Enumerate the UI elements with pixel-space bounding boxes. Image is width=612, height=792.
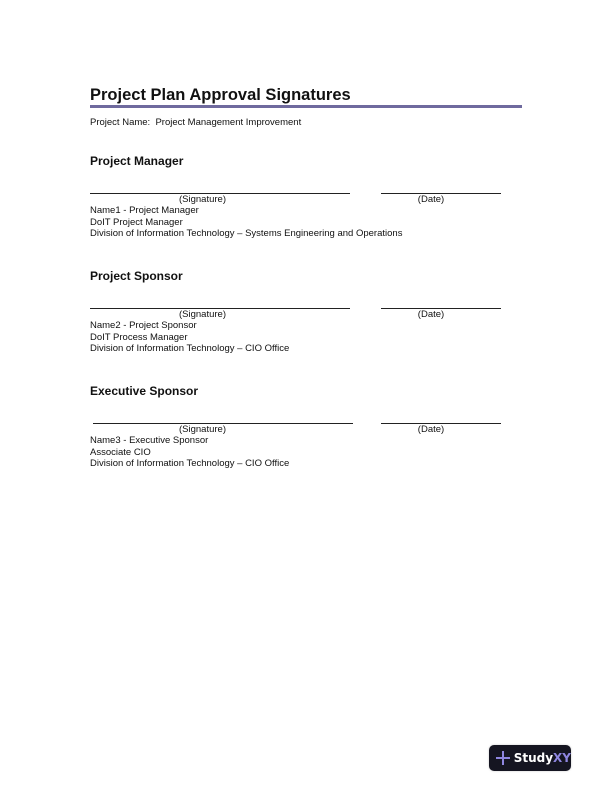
- brand-accent: XY: [553, 751, 571, 765]
- date-caption: (Date): [381, 194, 481, 205]
- signature-caption: (Signature): [90, 309, 315, 320]
- date-caption: (Date): [381, 309, 481, 320]
- signer-name: Name3 - Executive Sponsor: [90, 435, 289, 447]
- section-heading: Project Manager: [90, 154, 183, 168]
- signer-name: Name1 - Project Manager: [90, 205, 402, 217]
- project-name: Project Name: Project Management Improve…: [90, 117, 301, 129]
- signer-division: Division of Information Technology – CIO…: [90, 458, 289, 470]
- plus-icon: [496, 751, 509, 765]
- signature-caption: (Signature): [90, 424, 315, 435]
- section-heading: Project Sponsor: [90, 269, 183, 283]
- section-heading: Executive Sponsor: [90, 384, 198, 398]
- signer-title: Associate CIO: [90, 447, 289, 459]
- signer-title: DoIT Project Manager: [90, 217, 402, 229]
- date-caption: (Date): [381, 424, 481, 435]
- signer-division: Division of Information Technology – Sys…: [90, 228, 402, 240]
- signer-info: Name1 - Project Manager DoIT Project Man…: [90, 205, 402, 240]
- signer-name: Name2 - Project Sponsor: [90, 320, 289, 332]
- signer-info: Name3 - Executive Sponsor Associate CIO …: [90, 435, 289, 470]
- project-name-label: Project Name:: [90, 117, 150, 128]
- page-title: Project Plan Approval Signatures: [90, 85, 522, 108]
- signature-caption: (Signature): [90, 194, 315, 205]
- signer-info: Name2 - Project Sponsor DoIT Process Man…: [90, 320, 289, 355]
- studyxy-watermark-badge[interactable]: StudyXY: [489, 745, 571, 771]
- signer-title: DoIT Process Manager: [90, 332, 289, 344]
- project-name-value: Project Management Improvement: [155, 117, 301, 128]
- brand-main: Study: [514, 751, 553, 765]
- brand-name: StudyXY: [514, 751, 571, 765]
- signer-division: Division of Information Technology – CIO…: [90, 343, 289, 355]
